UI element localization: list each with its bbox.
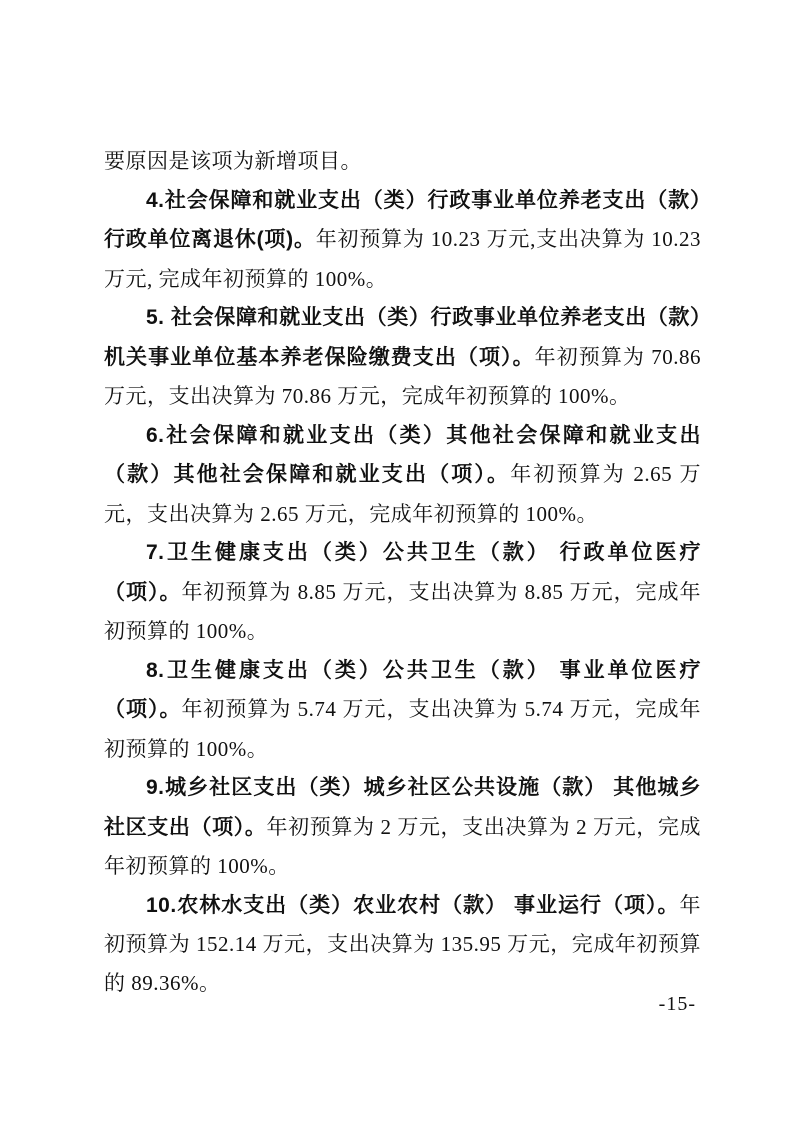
budget-item-9: 9.城乡社区支出（类）城乡社区公共设施（款） 其他城乡社区支出（项）。年初预算为…: [104, 768, 701, 886]
budget-item-6: 6.社会保障和就业支出（类）其他社会保障和就业支出（款）其他社会保障和就业支出（…: [104, 416, 701, 534]
budget-item-7-detail: 年初预算为 8.85 万元，支出决算为 8.85 万元，完成年初预算的 100%…: [104, 580, 701, 644]
budget-item-10-heading: 10.农林水支出（类）农业农村（款） 事业运行（项）。: [146, 894, 680, 917]
document-page: 要原因是该项为新增项目。 4.社会保障和就业支出（类）行政事业单位养老支出（款）…: [0, 0, 793, 1122]
budget-item-8: 8.卫生健康支出（类）公共卫生（款） 事业单位医疗（项）。年初预算为 5.74 …: [104, 651, 701, 769]
budget-item-5: 5. 社会保障和就业支出（类）行政事业单位养老支出（款）机关事业单位基本养老保险…: [104, 298, 701, 416]
carryover-text: 要原因是该项为新增项目。: [104, 149, 362, 173]
document-body: 要原因是该项为新增项目。 4.社会保障和就业支出（类）行政事业单位养老支出（款）…: [104, 142, 701, 1002]
budget-item-10: 10.农林水支出（类）农业农村（款） 事业运行（项）。年初预算为 152.14 …: [104, 886, 701, 1003]
budget-item-7: 7.卫生健康支出（类）公共卫生（款） 行政单位医疗（项）。年初预算为 8.85 …: [104, 533, 701, 651]
budget-item-8-detail: 年初预算为 5.74 万元，支出决算为 5.74 万元，完成年初预算的 100%…: [104, 697, 701, 761]
budget-item-4: 4.社会保障和就业支出（类）行政事业单位养老支出（款）行政单位离退休(项)。年初…: [104, 181, 701, 299]
carryover-paragraph: 要原因是该项为新增项目。: [104, 142, 701, 181]
page-number: -15-: [659, 993, 696, 1016]
